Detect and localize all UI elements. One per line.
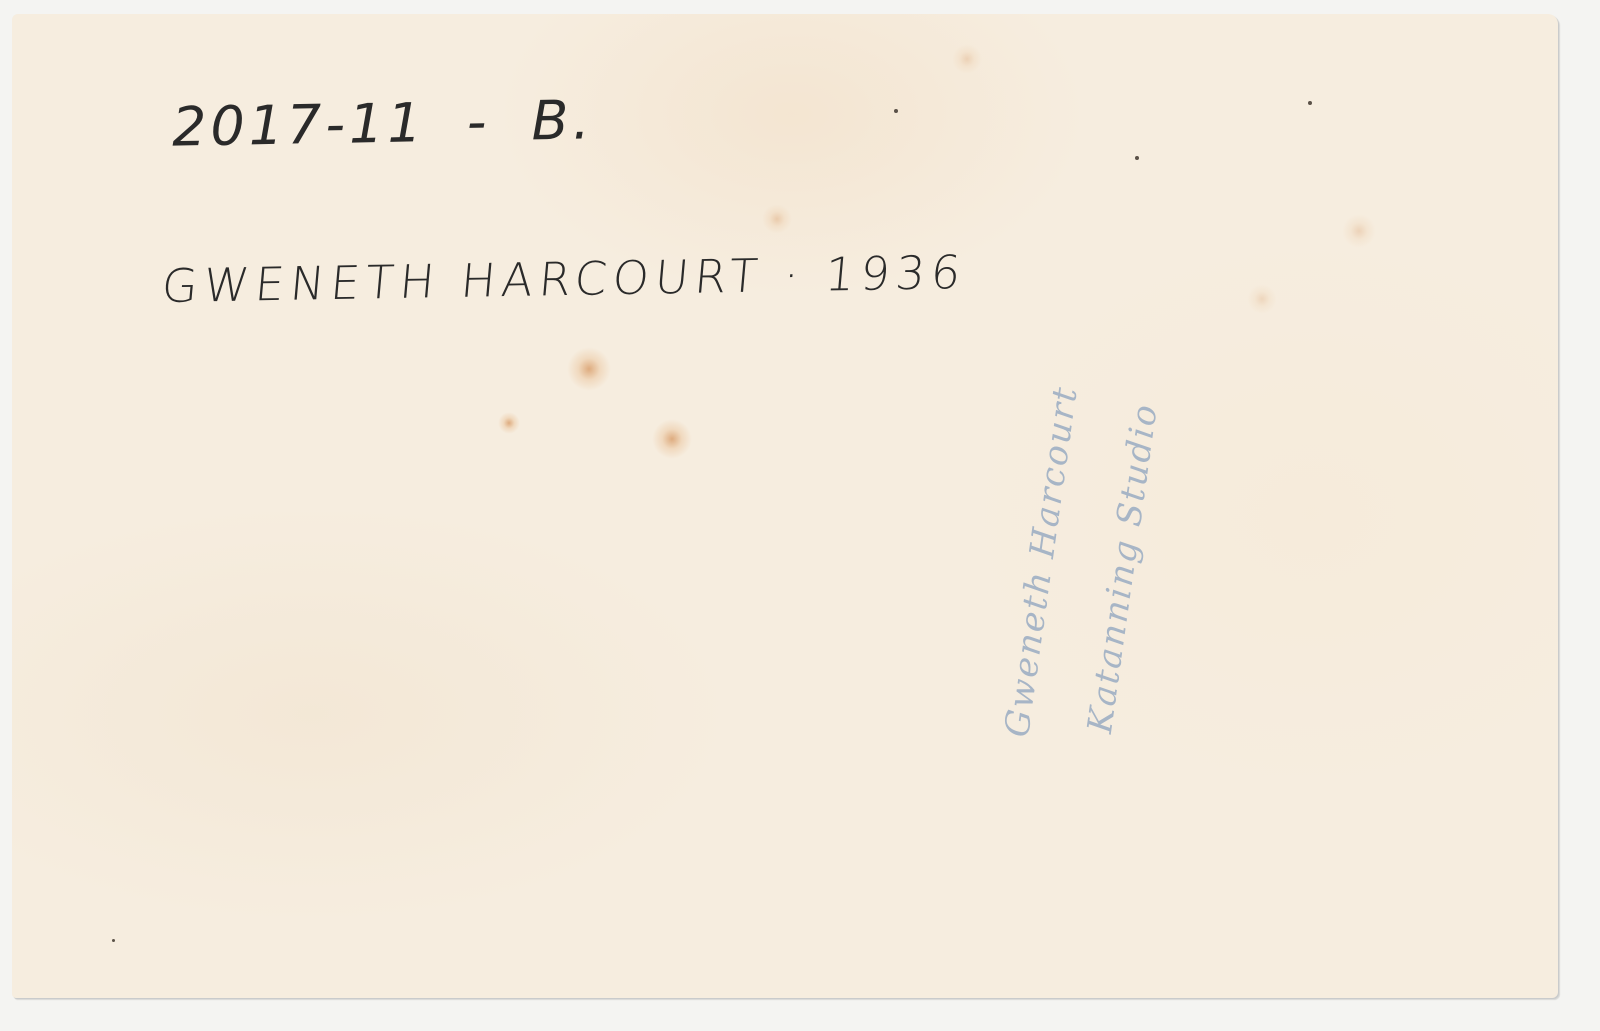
foxing-spot (567, 347, 611, 391)
speck (1308, 101, 1312, 105)
foxing-spot (498, 412, 520, 434)
studio-stamp-location: Katanning Studio (1080, 401, 1166, 736)
speck (1135, 156, 1139, 160)
foxing-spot (762, 204, 792, 234)
handwritten-accession-number: 2017-11 - B. (171, 88, 594, 158)
foxing-spot (1247, 284, 1277, 314)
photo-card: 2017-11 - B. GWENETH HARCOURT · 1936 Gwe… (12, 14, 1558, 998)
studio-stamp-name: Gweneth Harcourt (997, 383, 1086, 739)
speck (112, 939, 115, 942)
foxing-spot (652, 419, 692, 459)
scanned-photo-back: 2017-11 - B. GWENETH HARCOURT · 1936 Gwe… (0, 0, 1600, 1031)
handwritten-caption: GWENETH HARCOURT · 1936 (160, 245, 969, 313)
foxing-spot (1342, 214, 1376, 248)
speck (894, 109, 898, 113)
foxing-spot (952, 44, 982, 74)
